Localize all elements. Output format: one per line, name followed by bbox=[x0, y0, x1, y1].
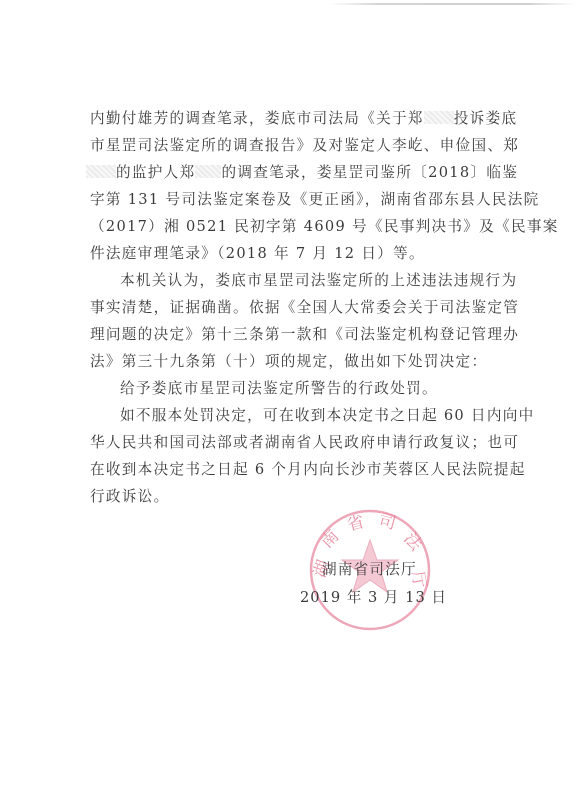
text-line: 市星罡司法鉴定所的调查报告》及对鉴定人李屹、申俭国、郑 bbox=[90, 132, 512, 159]
text-segment: 投诉娄底 bbox=[454, 110, 518, 127]
text-line: 给予娄底市星罡司法鉴定所警告的行政处罚。 bbox=[90, 375, 512, 402]
text-segment: 的调查笔录，娄星罡司鉴所〔2018〕临鉴 bbox=[221, 164, 518, 181]
text-line: 行政诉讼。 bbox=[90, 483, 512, 510]
text-line: 如不服本处罚决定，可在收到本决定书之日起 60 日内向中 bbox=[90, 402, 512, 429]
evidence-paragraph: 内勤付雄芳的调查笔录，娄底市司法局《关于郑投诉娄底 市星罡司法鉴定所的调查报告》… bbox=[90, 105, 512, 267]
document-body: 内勤付雄芳的调查笔录，娄底市司法局《关于郑投诉娄底 市星罡司法鉴定所的调查报告》… bbox=[90, 105, 512, 510]
redacted-name bbox=[195, 165, 221, 178]
redacted-name bbox=[86, 165, 116, 178]
text-line: 字第 131 号司法鉴定案卷及《更正函》，湖南省邵东县人民法院 bbox=[90, 186, 512, 213]
appeal-paragraph: 如不服本处罚决定，可在收到本决定书之日起 60 日内向中 华人民共和国司法部或者… bbox=[90, 402, 512, 510]
text-line: 法》第三十九条第（十）项的规定，做出如下处罚决定： bbox=[90, 348, 512, 375]
issue-date: 2019 年 3 月 13 日 bbox=[300, 588, 447, 608]
scan-artifact-line bbox=[330, 3, 575, 5]
text-segment: 的监护人郑 bbox=[116, 164, 195, 181]
issuer-signature: 湖南省司法厅 bbox=[322, 560, 417, 580]
svg-text:南: 南 bbox=[317, 526, 343, 552]
text-line: 理问题的决定》第十三条第一款和《司法鉴定机构登记管理办 bbox=[90, 321, 512, 348]
text-line: 内勤付雄芳的调查笔录，娄底市司法局《关于郑投诉娄底 bbox=[90, 105, 512, 132]
penalty-paragraph: 给予娄底市星罡司法鉴定所警告的行政处罚。 bbox=[90, 375, 512, 402]
text-line: 华人民共和国司法部或者湖南省人民政府申请行政复议；也可 bbox=[90, 429, 512, 456]
text-line: （2017）湘 0521 民初字第 4609 号《民事判决书》及《民事案 bbox=[90, 213, 512, 240]
text-line: 在收到本决定书之日起 6 个月内向长沙市芙蓉区人民法院提起 bbox=[90, 456, 512, 483]
text-segment: 内勤付雄芳的调查笔录，娄底市司法局《关于郑 bbox=[90, 110, 424, 127]
svg-text:法: 法 bbox=[399, 529, 426, 556]
redacted-name bbox=[424, 111, 454, 124]
text-line: 事实清楚，证据确凿。依据《全国人大常委会关于司法鉴定管 bbox=[90, 294, 512, 321]
text-line: 件法庭审理笔录》（2018 年 7 月 12 日）等。 bbox=[90, 240, 512, 267]
finding-paragraph: 本机关认为，娄底市星罡司法鉴定所的上述违法违规行为 事实清楚，证据确凿。依据《全… bbox=[90, 267, 512, 375]
text-line: 的监护人郑的调查笔录，娄星罡司鉴所〔2018〕临鉴 bbox=[90, 159, 512, 186]
text-line: 本机关认为，娄底市星罡司法鉴定所的上述违法违规行为 bbox=[90, 267, 512, 294]
svg-text:司: 司 bbox=[376, 510, 398, 534]
svg-text:省: 省 bbox=[345, 512, 367, 536]
